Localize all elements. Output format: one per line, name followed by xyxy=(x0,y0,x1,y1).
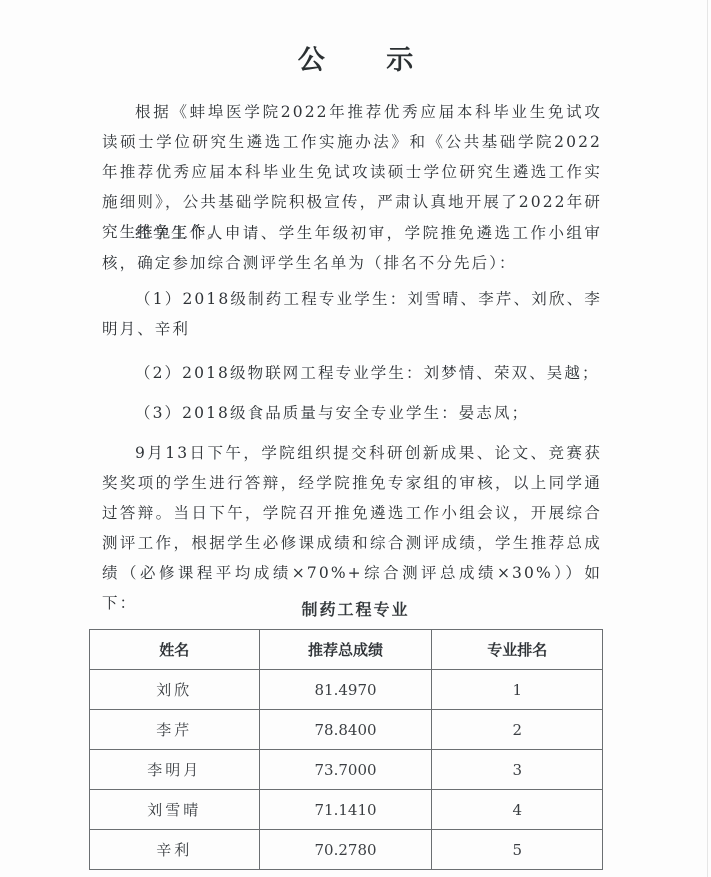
cell-name: 辛利 xyxy=(90,830,260,870)
document-title: 公 示 xyxy=(0,38,711,77)
cell-rank: 4 xyxy=(432,790,603,830)
header-name: 姓名 xyxy=(90,630,260,670)
table-row: 刘欣 81.4970 1 xyxy=(90,670,603,710)
list-item-iot: （2）2018级物联网工程专业学生：刘梦情、荣双、吴越； xyxy=(102,358,602,388)
list-item-food: （3）2018级食品质量与安全专业学生：晏志凤； xyxy=(102,398,602,428)
paragraph-defense: 9月13日下午，学院组织提交科研创新成果、论文、竞赛获奖奖项的学生进行答辩，经学… xyxy=(102,438,602,618)
cell-name: 李芹 xyxy=(90,710,260,750)
table-caption: 制药工程专业 xyxy=(0,597,711,620)
table-row: 辛利 70.2780 5 xyxy=(90,830,603,870)
cell-score: 73.7000 xyxy=(259,750,432,790)
cell-rank: 3 xyxy=(432,750,603,790)
header-score: 推荐总成绩 xyxy=(259,630,432,670)
cell-rank: 5 xyxy=(432,830,603,870)
cell-name: 刘欣 xyxy=(90,670,260,710)
cell-name: 李明月 xyxy=(90,750,260,790)
cell-rank: 2 xyxy=(432,710,603,750)
table-row: 李明月 73.7000 3 xyxy=(90,750,603,790)
table-row: 刘雪晴 71.1410 4 xyxy=(90,790,603,830)
list-item-pharma: （1）2018级制药工程专业学生：刘雪晴、李芹、刘欣、李明月、辛利 xyxy=(102,284,602,344)
cell-score: 78.8400 xyxy=(259,710,432,750)
cell-score: 81.4970 xyxy=(259,670,432,710)
cell-name: 刘雪晴 xyxy=(90,790,260,830)
scores-table: 姓名 推荐总成绩 专业排名 刘欣 81.4970 1 李芹 78.8400 2 … xyxy=(89,629,603,870)
cell-score: 71.1410 xyxy=(259,790,432,830)
table-row: 李芹 78.8400 2 xyxy=(90,710,603,750)
cell-rank: 1 xyxy=(432,670,603,710)
cell-score: 70.2780 xyxy=(259,830,432,870)
paragraph-selection: 经学生个人申请、学生年级初审，学院推免遴选工作小组审核，确定参加综合测评学生名单… xyxy=(102,218,602,278)
page-edge xyxy=(707,0,708,877)
table-header-row: 姓名 推荐总成绩 专业排名 xyxy=(90,630,603,670)
header-rank: 专业排名 xyxy=(432,630,603,670)
